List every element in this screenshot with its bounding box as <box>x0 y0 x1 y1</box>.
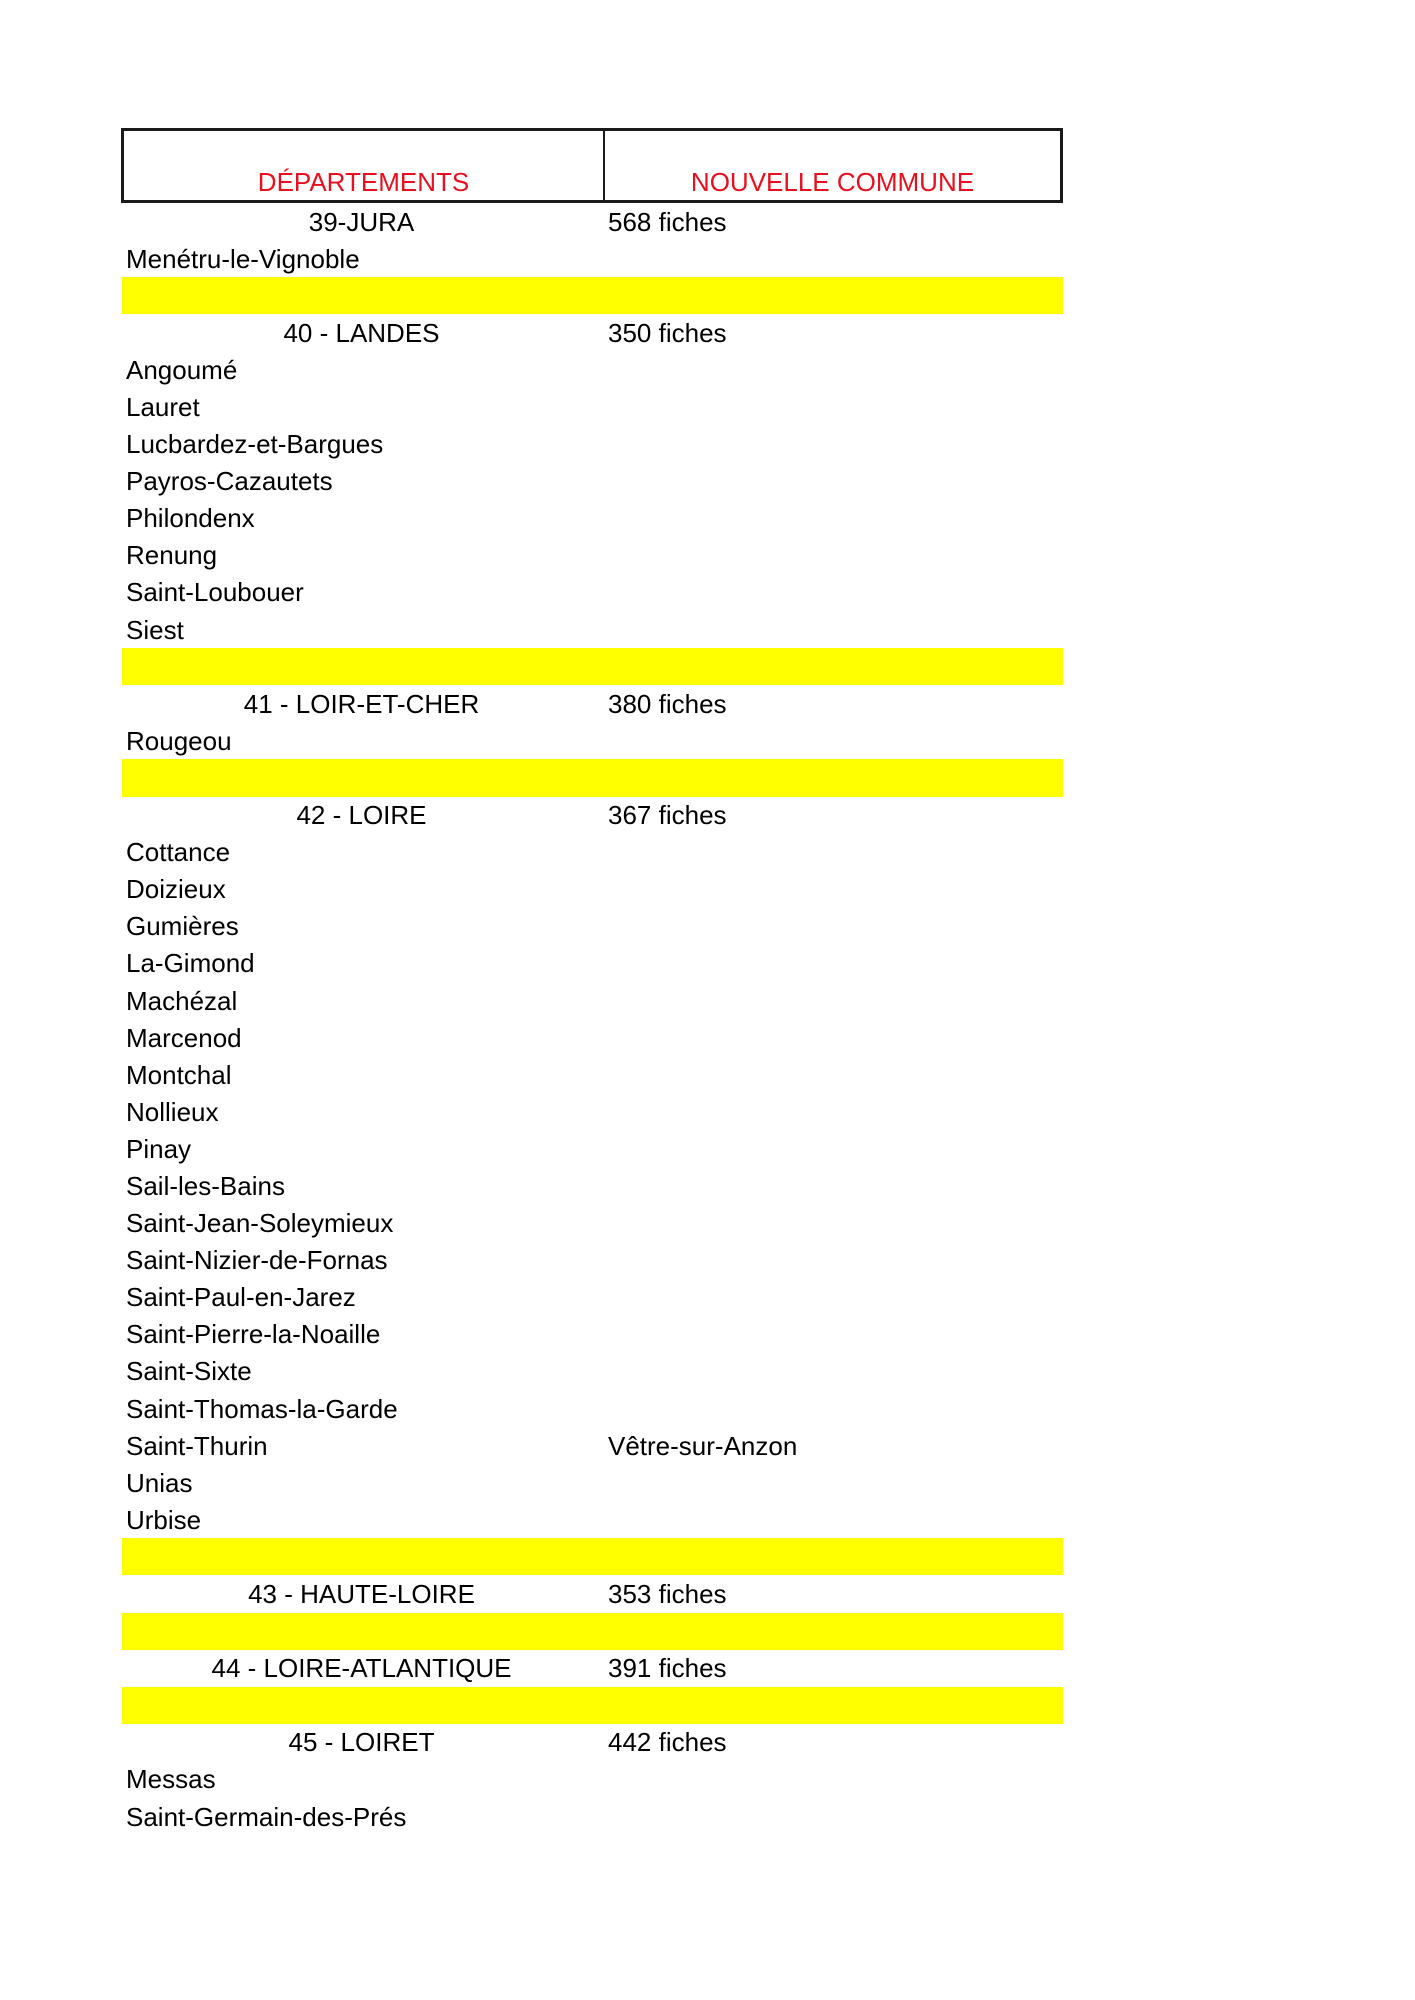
commune-name-cell[interactable]: Saint-Pierre-la-Noaille <box>121 1321 602 1347</box>
commune-row: La-Gimond <box>121 945 1063 982</box>
commune-row: Renung <box>121 537 1063 574</box>
commune-row: Saint-Nizier-de-Fornas <box>121 1242 1063 1279</box>
department-name-cell[interactable]: 40 - LANDES <box>121 320 602 346</box>
commune-row: Montchal <box>121 1056 1063 1093</box>
commune-name-cell[interactable]: Payros-Cazautets <box>121 468 602 494</box>
commune-row: Lucbardez-et-Bargues <box>121 426 1063 463</box>
commune-row: Angoumé <box>121 351 1063 388</box>
department-name-cell[interactable]: 43 - HAUTE-LOIRE <box>121 1581 602 1607</box>
department-row: 42 - LOIRE367 fiches <box>121 797 1063 834</box>
commune-row: Saint-Thomas-la-Garde <box>121 1390 1063 1427</box>
commune-row: Sail-les-Bains <box>121 1167 1063 1204</box>
commune-name-cell[interactable]: Marcenod <box>121 1025 602 1051</box>
commune-row: Saint-Pierre-la-Noaille <box>121 1316 1063 1353</box>
fiches-count-cell[interactable]: 353 fiches <box>602 1581 1063 1607</box>
commune-name-cell[interactable]: Philondenx <box>121 505 602 531</box>
commune-name-cell[interactable]: Nollieux <box>121 1099 602 1125</box>
commune-row: Doizieux <box>121 871 1063 908</box>
commune-name-cell[interactable]: Messas <box>121 1766 602 1792</box>
commune-name-cell[interactable]: Angoumé <box>121 357 602 383</box>
commune-row: Payros-Cazautets <box>121 463 1063 500</box>
department-name-cell[interactable]: 39-JURA <box>121 209 602 235</box>
header-nouvelle-commune-label: NOUVELLE COMMUNE <box>691 167 974 198</box>
department-row: 40 - LANDES350 fiches <box>121 314 1063 351</box>
commune-name-cell[interactable]: Saint-Germain-des-Prés <box>121 1804 602 1830</box>
fiches-count-cell[interactable]: 391 fiches <box>602 1655 1063 1681</box>
separator-row <box>122 648 1063 685</box>
fiches-count-cell[interactable]: 350 fiches <box>602 320 1063 346</box>
commune-row: Menétru-le-Vignoble <box>121 240 1063 277</box>
commune-row: Messas <box>121 1761 1063 1798</box>
department-row: 41 - LOIR-ET-CHER380 fiches <box>121 685 1063 722</box>
commune-name-cell[interactable]: Machézal <box>121 988 602 1014</box>
commune-name-cell[interactable]: La-Gimond <box>121 950 602 976</box>
commune-row: Machézal <box>121 982 1063 1019</box>
commune-row: Saint-Germain-des-Prés <box>121 1798 1063 1835</box>
commune-row: Saint-Sixte <box>121 1353 1063 1390</box>
commune-name-cell[interactable]: Unias <box>121 1470 602 1496</box>
commune-name-cell[interactable]: Siest <box>121 617 602 643</box>
separator-row <box>122 277 1063 314</box>
commune-name-cell[interactable]: Saint-Thurin <box>121 1433 602 1459</box>
separator-row <box>122 1687 1063 1724</box>
commune-row: Rougeou <box>121 722 1063 759</box>
commune-name-cell[interactable]: Saint-Sixte <box>121 1358 602 1384</box>
department-name-cell[interactable]: 45 - LOIRET <box>121 1729 602 1755</box>
commune-row: Saint-Paul-en-Jarez <box>121 1279 1063 1316</box>
commune-name-cell[interactable]: Saint-Paul-en-Jarez <box>121 1284 602 1310</box>
header-nouvelle-commune[interactable]: NOUVELLE COMMUNE <box>605 131 1060 200</box>
header-departements-label: DÉPARTEMENTS <box>258 167 469 198</box>
commune-row: Gumières <box>121 908 1063 945</box>
commune-name-cell[interactable]: Rougeou <box>121 728 602 754</box>
department-row: 43 - HAUTE-LOIRE353 fiches <box>121 1575 1063 1612</box>
commune-row: Pinay <box>121 1130 1063 1167</box>
header-departements[interactable]: DÉPARTEMENTS <box>124 131 605 200</box>
commune-name-cell[interactable]: Pinay <box>121 1136 602 1162</box>
table-body: 39-JURA568 fichesMenétru-le-Vignoble40 -… <box>121 203 1063 1835</box>
commune-name-cell[interactable]: Doizieux <box>121 876 602 902</box>
fiches-count-cell[interactable]: 442 fiches <box>602 1729 1063 1755</box>
commune-name-cell[interactable]: Saint-Thomas-la-Garde <box>121 1396 602 1422</box>
commune-name-cell[interactable]: Renung <box>121 542 602 568</box>
commune-name-cell[interactable]: Lauret <box>121 394 602 420</box>
commune-row: Nollieux <box>121 1093 1063 1130</box>
commune-row: Saint-ThurinVêtre-sur-Anzon <box>121 1427 1063 1464</box>
separator-row <box>122 759 1063 796</box>
commune-name-cell[interactable]: Saint-Loubouer <box>121 579 602 605</box>
commune-row: Saint-Jean-Soleymieux <box>121 1205 1063 1242</box>
department-row: 44 - LOIRE-ATLANTIQUE391 fiches <box>121 1650 1063 1687</box>
department-name-cell[interactable]: 42 - LOIRE <box>121 802 602 828</box>
fiches-count-cell[interactable]: 367 fiches <box>602 802 1063 828</box>
commune-name-cell[interactable]: Saint-Nizier-de-Fornas <box>121 1247 602 1273</box>
commune-row: Lauret <box>121 388 1063 425</box>
commune-row: Marcenod <box>121 1019 1063 1056</box>
commune-name-cell[interactable]: Saint-Jean-Soleymieux <box>121 1210 602 1236</box>
commune-row: Saint-Loubouer <box>121 574 1063 611</box>
department-row: 39-JURA568 fiches <box>121 203 1063 240</box>
commune-name-cell[interactable]: Urbise <box>121 1507 602 1533</box>
commune-row: Cottance <box>121 834 1063 871</box>
commune-row: Urbise <box>121 1501 1063 1538</box>
department-name-cell[interactable]: 44 - LOIRE-ATLANTIQUE <box>121 1655 602 1681</box>
commune-row: Siest <box>121 611 1063 648</box>
nouvelle-commune-cell[interactable]: Vêtre-sur-Anzon <box>602 1433 1063 1459</box>
commune-row: Philondenx <box>121 500 1063 537</box>
separator-row <box>122 1613 1063 1650</box>
commune-row: Unias <box>121 1464 1063 1501</box>
commune-name-cell[interactable]: Menétru-le-Vignoble <box>121 246 602 272</box>
fiches-count-cell[interactable]: 568 fiches <box>602 209 1063 235</box>
commune-name-cell[interactable]: Gumières <box>121 913 602 939</box>
separator-row <box>122 1538 1063 1575</box>
department-name-cell[interactable]: 41 - LOIR-ET-CHER <box>121 691 602 717</box>
department-row: 45 - LOIRET442 fiches <box>121 1724 1063 1761</box>
commune-name-cell[interactable]: Cottance <box>121 839 602 865</box>
table-header: DÉPARTEMENTS NOUVELLE COMMUNE <box>121 128 1063 203</box>
commune-name-cell[interactable]: Montchal <box>121 1062 602 1088</box>
fiches-count-cell[interactable]: 380 fiches <box>602 691 1063 717</box>
commune-name-cell[interactable]: Sail-les-Bains <box>121 1173 602 1199</box>
commune-name-cell[interactable]: Lucbardez-et-Bargues <box>121 431 602 457</box>
spreadsheet-table: DÉPARTEMENTS NOUVELLE COMMUNE 39-JURA568… <box>121 128 1063 1835</box>
